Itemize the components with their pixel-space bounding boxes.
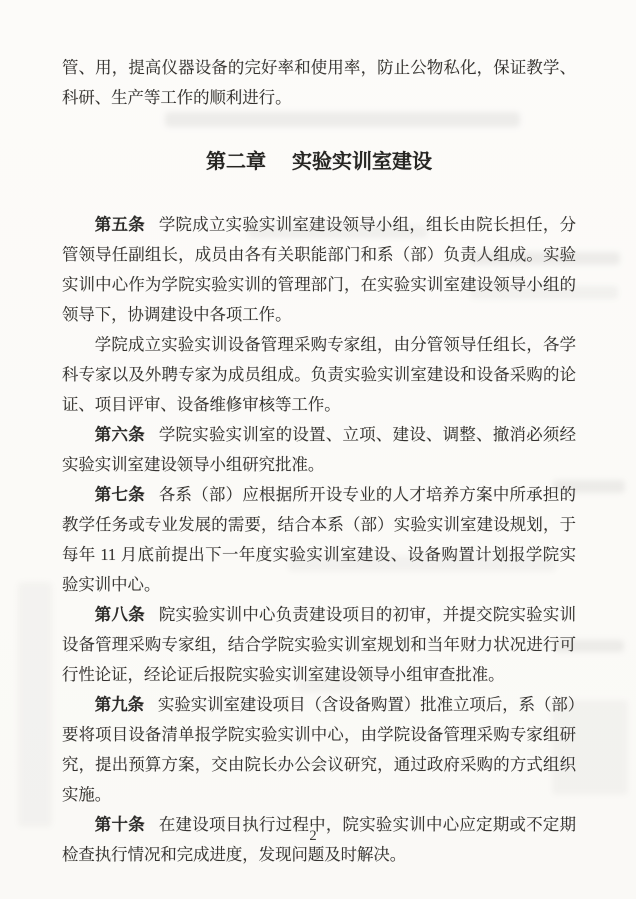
chapter-heading: 第二章实验实训室建设: [62, 147, 576, 177]
article-label: 第七条: [95, 485, 145, 504]
chapter-label: 第二章: [206, 151, 266, 173]
document-page: 管、用，提高仪器设备的完好率和使用率，防止公物私化，保证教学、科研、生产等工作的…: [0, 0, 636, 899]
article-paragraph-8: 第八条院实验实训中心负责建设项目的初审，并提交院实验实训设备管理采购专家组，结合…: [62, 600, 576, 690]
article-label: 第八条: [95, 605, 145, 624]
article-paragraph-9: 第九条实验实训室建设项目（含设备购置）批准立项后，系（部）要将项目设备清单报学院…: [62, 690, 576, 810]
article-paragraph-6: 第六条学院实验实训室的设置、立项、建设、调整、撤消必须经实验实训室建设领导小组研…: [62, 420, 576, 480]
article-paragraph-7: 第七条各系（部）应根据所开设专业的人才培养方案中所承担的教学任务或专业发展的需要…: [62, 480, 576, 600]
article-label: 第九条: [95, 695, 144, 714]
scan-bleed-artifact: [165, 112, 520, 127]
page-number: 2: [0, 828, 626, 845]
paragraph-continuation: 管、用，提高仪器设备的完好率和使用率，防止公物私化，保证教学、科研、生产等工作的…: [62, 53, 576, 113]
article-label: 第五条: [95, 215, 145, 234]
paragraph-text: 学院成立实验实训设备管理采购专家组，由分管领导任组长，各学科专家以及外聘专家为成…: [62, 335, 576, 414]
article-label: 第六条: [95, 425, 145, 444]
paragraph-text: 管、用，提高仪器设备的完好率和使用率，防止公物私化，保证教学、科研、生产等工作的…: [62, 58, 576, 107]
article-paragraph-5: 第五条学院成立实验实训室建设领导小组，组长由院长担任，分管领导任副组长，成员由各…: [62, 210, 576, 330]
scan-bleed-artifact: [18, 582, 52, 827]
chapter-title: 实验实训室建设: [292, 151, 432, 173]
paragraph-expert-group: 学院成立实验实训设备管理采购专家组，由分管领导任组长，各学科专家以及外聘专家为成…: [62, 330, 576, 420]
